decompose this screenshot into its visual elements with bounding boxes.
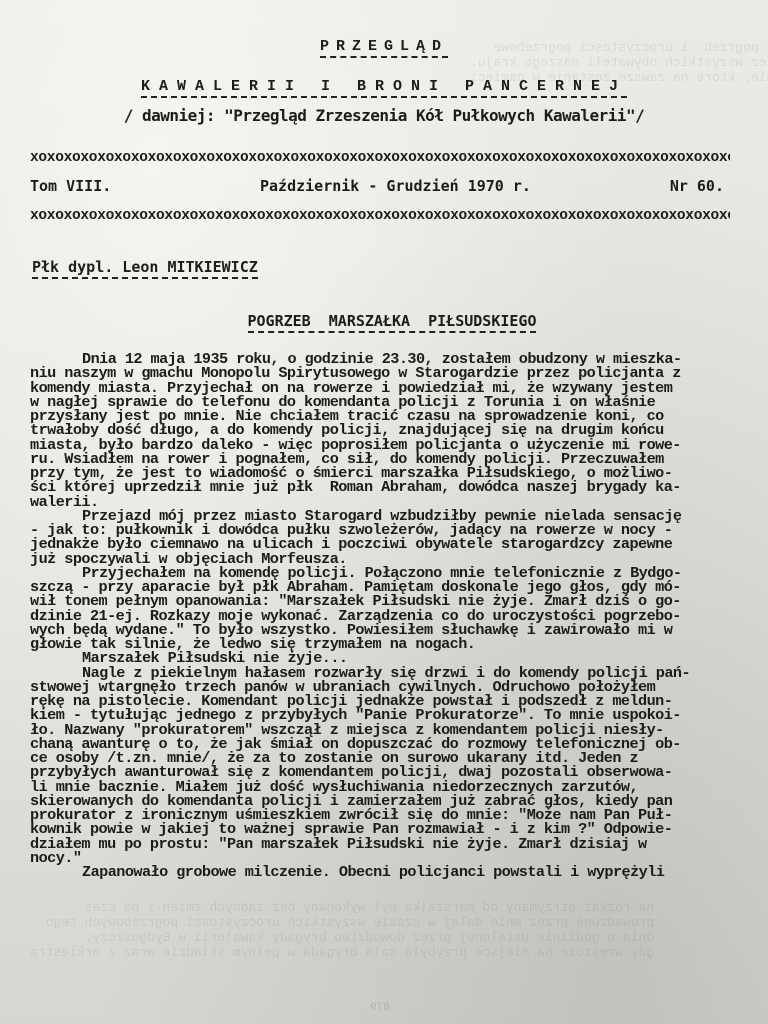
separator-bottom: xoxoxoxoxoxoxoxoxoxoxoxoxoxoxoxoxoxoxoxo…	[30, 208, 730, 224]
issue-number: Nr 60.	[670, 177, 724, 195]
author-name: Płk dypl. Leon MITKIEWICZ	[32, 258, 258, 279]
author-byline: Płk dypl. Leon MITKIEWICZ	[32, 258, 258, 276]
former-title: / dawniej: "Przegląd Zrzeszenia Kół Pułk…	[0, 106, 768, 125]
body-line: działem mu po prostu: "Pan marszałek Pił…	[30, 837, 740, 851]
page-number-show-through: 879	[370, 1002, 390, 1014]
volume-label: Tom VIII.	[30, 177, 111, 195]
journal-subtitle: KAWALERII I BRONI PANCERNEJ	[0, 78, 768, 95]
article-title-text: POGRZEB MARSZAŁKA PIŁSUDSKIEGO	[248, 312, 537, 333]
journal-title: PRZEGLĄD	[0, 38, 768, 55]
journal-title-text: PRZEGLĄD	[320, 38, 448, 58]
article-body: Dnia 12 maja 1935 roku, o godzinie 23.30…	[30, 352, 740, 879]
document-page: ale na bacznosc. Smutny pogrzeb i uroczy…	[0, 0, 768, 1024]
article-title: POGRZEB MARSZAŁKA PIŁSUDSKIEGO	[0, 312, 768, 330]
issue-date: Październik - Grudzień 1970 r.	[260, 177, 531, 195]
separator-top: xoxoxoxoxoxoxoxoxoxoxoxoxoxoxoxoxoxoxoxo…	[30, 150, 730, 166]
show-through-text-bottom: na rozkaz otrzymany od marszalka byl wyk…	[30, 900, 654, 960]
body-line: Zapanowało grobowe milczenie. Obecni pol…	[30, 865, 740, 879]
journal-subtitle-text: KAWALERII I BRONI PANCERNEJ	[141, 78, 627, 98]
body-line: ści której uprzedził mnie już płk Roman …	[30, 480, 740, 494]
